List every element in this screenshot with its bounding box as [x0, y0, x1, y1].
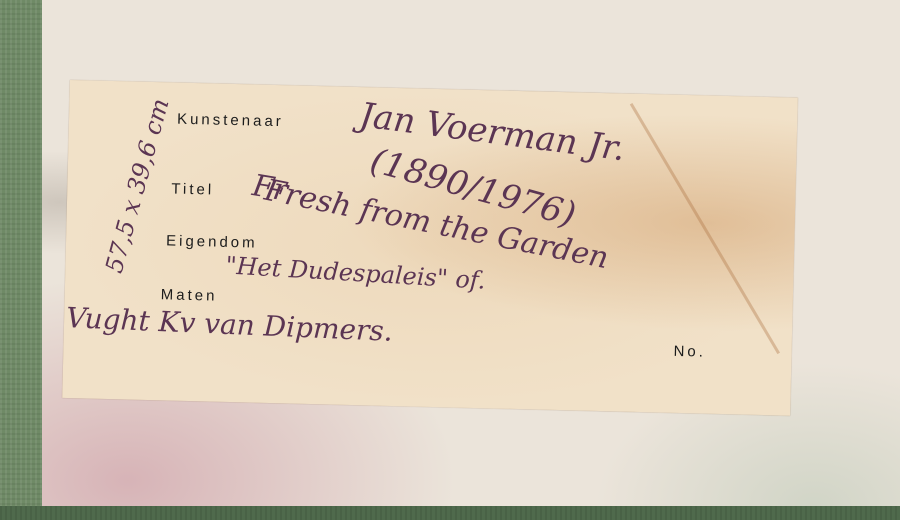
- label-owner-field: Eigendom: [166, 232, 258, 251]
- label-number-field: No.: [673, 343, 706, 361]
- handwritten-owner: "Het Dudespaleis" of.: [225, 251, 487, 294]
- label-dimensions-field: Maten: [161, 286, 218, 304]
- label-crease: [630, 103, 780, 354]
- handwritten-dimensions: 57,5 x 39,6 cm: [100, 95, 175, 275]
- frame-edge-bottom: [0, 506, 900, 520]
- handwritten-owner-location: Vught Kv van Dipmers.: [66, 301, 394, 348]
- painting-label: Kunstenaar Titel Eigendom Maten No. Jan …: [62, 80, 798, 416]
- label-artist-field: Kunstenaar: [177, 111, 284, 131]
- frame-edge-left: [0, 0, 42, 520]
- label-title-field: Titel: [171, 181, 214, 199]
